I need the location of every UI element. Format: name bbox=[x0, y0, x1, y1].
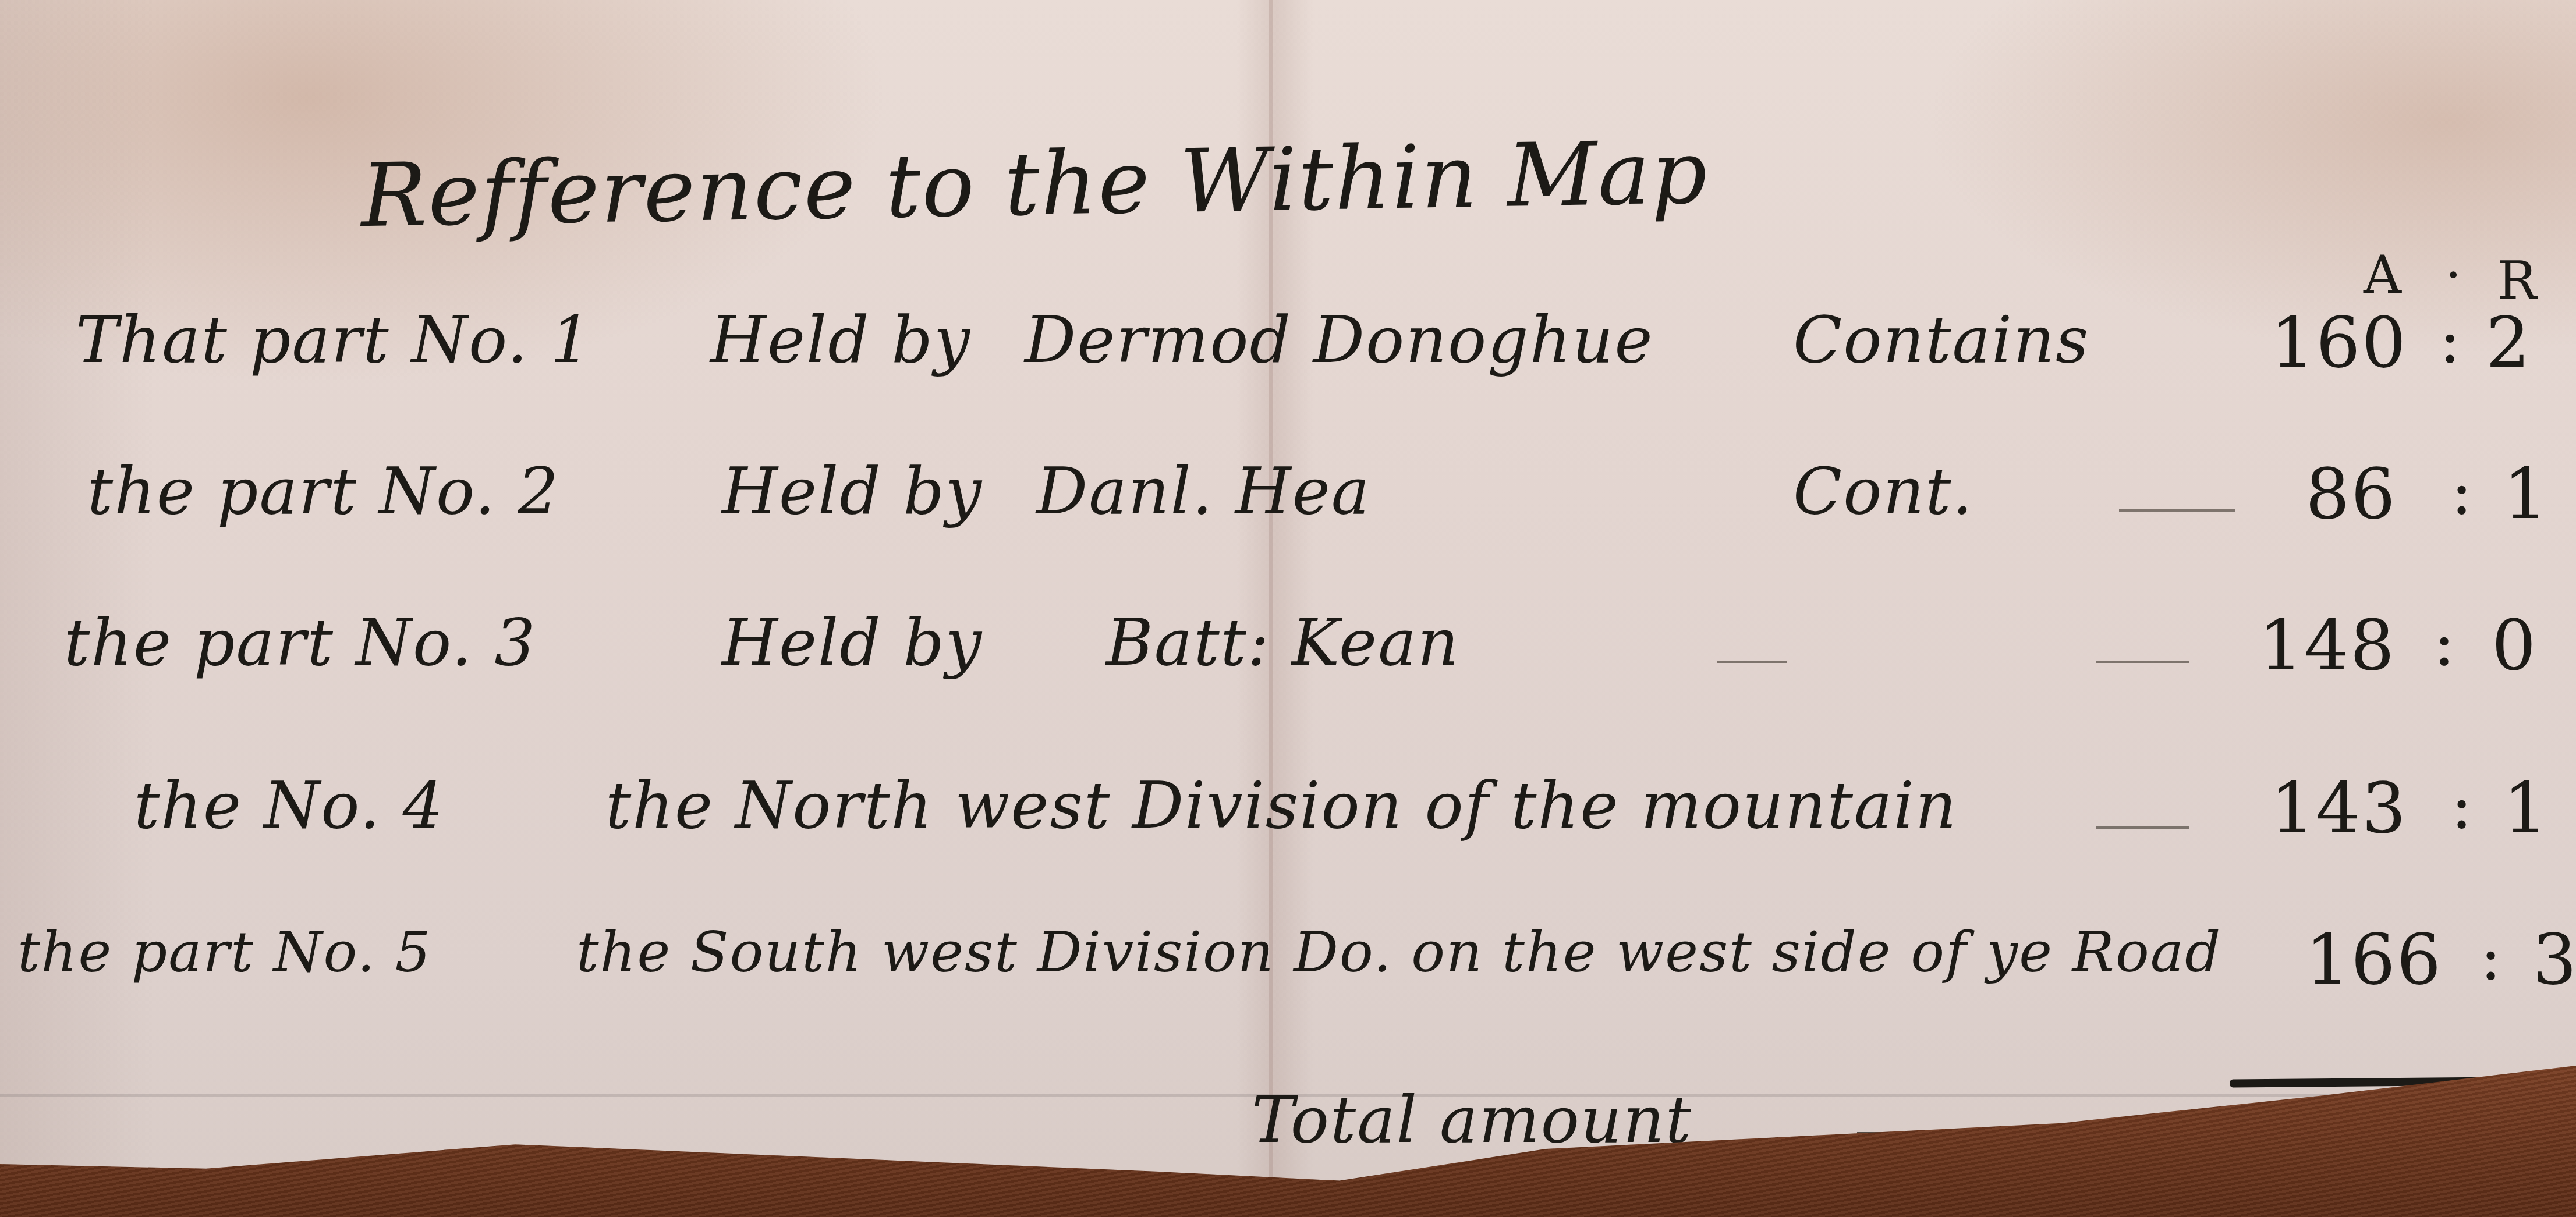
entry-row-2: the part No. 2 Held by Danl. Hea Cont. 8… bbox=[0, 454, 2576, 553]
entry-acres: 86 bbox=[2305, 454, 2397, 535]
entry-prefix: the No. 4 bbox=[134, 768, 445, 843]
leader-dash bbox=[2096, 661, 2189, 663]
entry-acres: 143 bbox=[2270, 768, 2407, 849]
entry-separator: : bbox=[2439, 303, 2462, 377]
entry-held-by: Held by bbox=[722, 454, 983, 528]
entry-row-4: the No. 4 the North west Division of the… bbox=[0, 768, 2576, 867]
entry-roods: 1 bbox=[2503, 454, 2549, 535]
entry-prefix: That part No. 1 bbox=[76, 303, 592, 377]
entry-prefix: the part No. 3 bbox=[64, 605, 536, 680]
entry-separator: : bbox=[2480, 920, 2503, 994]
entry-roods: 2 bbox=[2486, 303, 2531, 384]
leader-dash bbox=[1717, 661, 1787, 663]
entry-acres: 160 bbox=[2270, 303, 2407, 384]
entry-acres: 148 bbox=[2259, 605, 2396, 686]
column-header-separator: · bbox=[2445, 244, 2463, 306]
entry-row-3: the part No. 3 Held by Batt: Kean 148 : … bbox=[0, 605, 2576, 704]
entry-note: the North west Division of the mountain bbox=[605, 768, 1957, 843]
entry-roods: 0 bbox=[2492, 605, 2537, 686]
entry-holder-name: Danl. Hea bbox=[1036, 454, 1370, 528]
leader-dash bbox=[2119, 509, 2235, 512]
document-title: Refference to the Within Map bbox=[360, 122, 1709, 247]
entry-prefix: the part No. 5 bbox=[17, 920, 432, 985]
entry-held-by: Held by bbox=[722, 605, 983, 680]
entry-acres: 166 bbox=[2305, 920, 2442, 1000]
entry-held-by: Held by bbox=[710, 303, 971, 377]
entry-holder-name: Batt: Kean bbox=[1106, 605, 1460, 680]
entry-roods: 3 bbox=[2532, 920, 2576, 1000]
entry-holder-name: Dermod Donoghue bbox=[1025, 303, 1653, 377]
entry-separator: : bbox=[2451, 768, 2474, 843]
entry-note: Contains bbox=[1793, 303, 2090, 377]
entry-note: the South west Division Do. on the west … bbox=[576, 920, 2221, 985]
entry-separator: : bbox=[2433, 605, 2456, 680]
entry-note: Cont. bbox=[1793, 454, 1973, 528]
column-header-acres: A bbox=[2364, 244, 2403, 306]
entry-separator: : bbox=[2451, 454, 2474, 528]
entry-row-1: That part No. 1 Held by Dermod Donoghue … bbox=[0, 303, 2576, 402]
entry-roods: 1 bbox=[2503, 768, 2549, 849]
entry-prefix: the part No. 2 bbox=[87, 454, 559, 528]
entry-row-5: the part No. 5 the South west Division D… bbox=[0, 920, 2576, 1019]
manuscript-page: Refference to the Within Map A · R That … bbox=[0, 0, 2576, 1217]
leader-dash bbox=[2096, 826, 2189, 829]
